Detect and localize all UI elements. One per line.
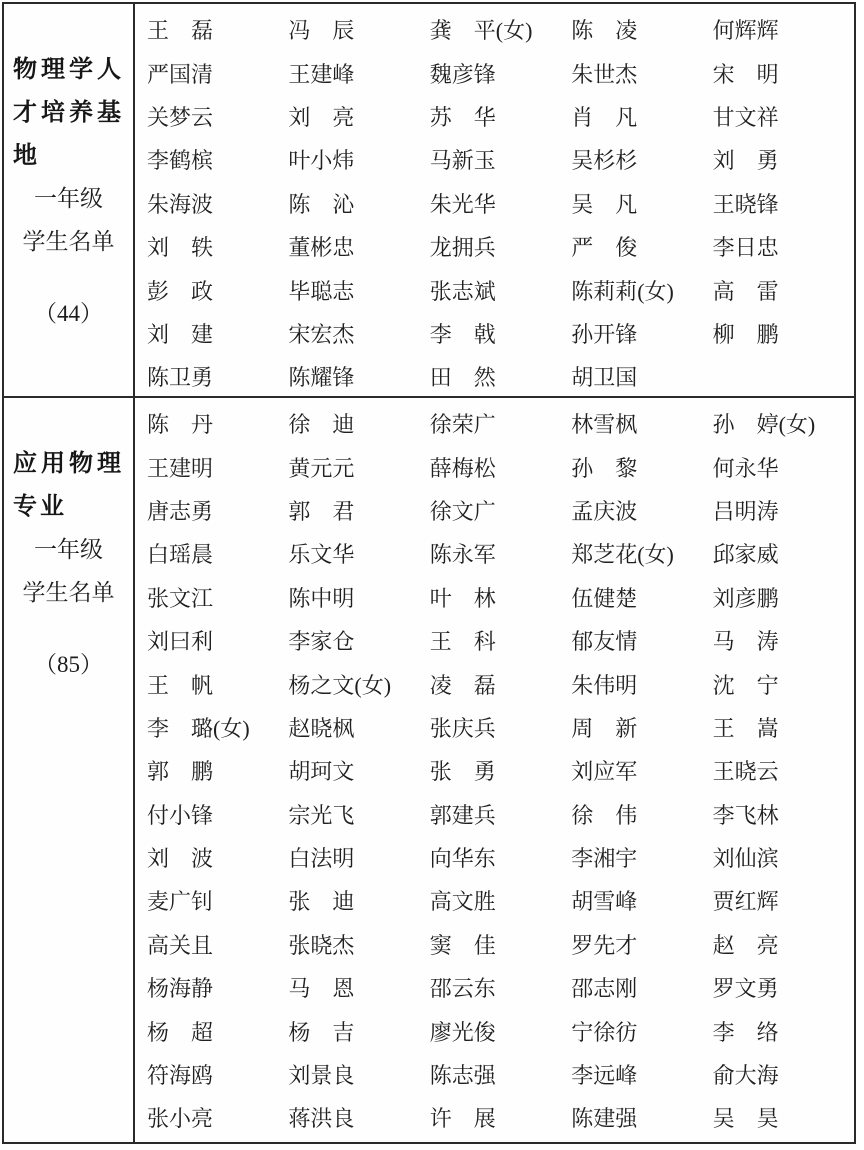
student-name: 宁徐彷 xyxy=(571,1009,712,1052)
student-name: 张志斌 xyxy=(430,268,571,311)
student-name: 吴 昊 xyxy=(713,1096,854,1139)
student-name: 陈 丹 xyxy=(147,402,288,445)
names-grid: 王 磊冯 辰龚 平(女)陈 凌何辉辉严国清王建峰魏彦锋朱世杰宋 明关梦云刘 亮苏… xyxy=(135,4,854,396)
student-name: 董彬忠 xyxy=(288,225,429,268)
student-name: 高关且 xyxy=(147,923,288,966)
section-title: 物理学人才培养基地 xyxy=(13,48,124,177)
student-count: （44） xyxy=(13,299,124,329)
student-name: 徐 迪 xyxy=(288,402,429,445)
student-name: 杨之文(女) xyxy=(288,662,429,705)
student-name: 刘 轶 xyxy=(147,225,288,268)
student-name: 龚 平(女) xyxy=(430,8,571,51)
student-name: 冯 辰 xyxy=(288,8,429,51)
student-name: 胡卫国 xyxy=(571,355,712,396)
student-name: 魏彦锋 xyxy=(430,51,571,94)
student-name: 张晓杰 xyxy=(288,923,429,966)
student-name: 郭建兵 xyxy=(430,793,571,836)
student-name: 高 雷 xyxy=(713,268,854,311)
student-name: 郭 君 xyxy=(288,489,429,532)
student-name: 刘 建 xyxy=(147,312,288,355)
student-name: 陈志强 xyxy=(430,1053,571,1096)
student-name: 杨海静 xyxy=(147,966,288,1009)
student-name: 张小亮 xyxy=(147,1096,288,1139)
student-name: 吴杉杉 xyxy=(571,138,712,181)
student-name: 陈 沁 xyxy=(288,182,429,225)
section-header: 应用物理专业 一年级 学生名单 （85） xyxy=(4,398,135,1142)
student-name: 蒋洪良 xyxy=(288,1096,429,1139)
student-name: 孙 黎 xyxy=(571,445,712,488)
student-name: 邵云东 xyxy=(430,966,571,1009)
student-name: 严 俊 xyxy=(571,225,712,268)
student-name: 龙拥兵 xyxy=(430,225,571,268)
student-name: 刘应军 xyxy=(571,749,712,792)
student-name: 吴 凡 xyxy=(571,182,712,225)
student-name: 王 嵩 xyxy=(713,706,854,749)
student-name: 王 磊 xyxy=(147,8,288,51)
student-name: 刘 波 xyxy=(147,836,288,879)
student-name: 吕明涛 xyxy=(713,489,854,532)
student-count: （85） xyxy=(13,650,124,680)
student-name: 俞大海 xyxy=(713,1053,854,1096)
student-name: 贾红辉 xyxy=(713,879,854,922)
student-name: 徐 伟 xyxy=(571,793,712,836)
grade-label: 一年级 xyxy=(13,177,124,220)
student-name: 王晓锋 xyxy=(713,182,854,225)
student-name: 孟庆波 xyxy=(571,489,712,532)
student-name: 李家仓 xyxy=(288,619,429,662)
roster-section: 物理学人才培养基地 一年级 学生名单 （44） 王 磊冯 辰龚 平(女)陈 凌何… xyxy=(4,4,854,398)
student-name: 张 勇 xyxy=(430,749,571,792)
student-name: 周 新 xyxy=(571,706,712,749)
student-name: 李湘宇 xyxy=(571,836,712,879)
student-name: 刘仙滨 xyxy=(713,836,854,879)
student-name: 王建峰 xyxy=(288,51,429,94)
section-header: 物理学人才培养基地 一年级 学生名单 （44） xyxy=(4,4,135,396)
student-name: 宗光飞 xyxy=(288,793,429,836)
student-name: 廖光俊 xyxy=(430,1009,571,1052)
student-name: 徐文广 xyxy=(430,489,571,532)
student-name: 毕聪志 xyxy=(288,268,429,311)
student-name: 向华东 xyxy=(430,836,571,879)
student-name: 邵志刚 xyxy=(571,966,712,1009)
student-name: 孙 婷(女) xyxy=(713,402,854,445)
student-name: 苏 华 xyxy=(430,95,571,138)
student-name: 朱光华 xyxy=(430,182,571,225)
student-name: 甘文祥 xyxy=(713,95,854,138)
student-name: 符海鸥 xyxy=(147,1053,288,1096)
student-name: 杨 吉 xyxy=(288,1009,429,1052)
student-name: 乐文华 xyxy=(288,532,429,575)
student-name: 刘 亮 xyxy=(288,95,429,138)
student-name: 白瑶晨 xyxy=(147,532,288,575)
student-name: 肖 凡 xyxy=(571,95,712,138)
student-name: 胡珂文 xyxy=(288,749,429,792)
student-name: 郁友情 xyxy=(571,619,712,662)
student-name: 陈 凌 xyxy=(571,8,712,51)
student-name: 赵晓枫 xyxy=(288,706,429,749)
student-name: 陈永军 xyxy=(430,532,571,575)
student-name: 李 络 xyxy=(713,1009,854,1052)
student-name: 罗先才 xyxy=(571,923,712,966)
student-name: 凌 磊 xyxy=(430,662,571,705)
names-grid: 陈 丹徐 迪徐荣广林雪枫孙 婷(女)王建明黄元元薛梅松孙 黎何永华唐志勇郭 君徐… xyxy=(135,398,854,1142)
student-name: 窦 佳 xyxy=(430,923,571,966)
student-name: 伍健楚 xyxy=(571,576,712,619)
list-label: 学生名单 xyxy=(13,220,124,263)
student-name: 马 涛 xyxy=(713,619,854,662)
student-name: 李日忠 xyxy=(713,225,854,268)
student-name: 麦广钊 xyxy=(147,879,288,922)
student-name: 何永华 xyxy=(713,445,854,488)
student-name: 马 恩 xyxy=(288,966,429,1009)
student-name: 王 帆 xyxy=(147,662,288,705)
student-name: 朱世杰 xyxy=(571,51,712,94)
student-name: 刘景良 xyxy=(288,1053,429,1096)
student-name: 白法明 xyxy=(288,836,429,879)
student-name: 刘 勇 xyxy=(713,138,854,181)
student-name: 陈耀锋 xyxy=(288,355,429,396)
student-name: 宋宏杰 xyxy=(288,312,429,355)
student-name: 邱家威 xyxy=(713,532,854,575)
student-name: 赵 亮 xyxy=(713,923,854,966)
student-name: 郭 鹏 xyxy=(147,749,288,792)
student-name: 张文江 xyxy=(147,576,288,619)
student-name: 田 然 xyxy=(430,355,571,396)
student-name: 关梦云 xyxy=(147,95,288,138)
student-name: 李远峰 xyxy=(571,1053,712,1096)
roster-table: 物理学人才培养基地 一年级 学生名单 （44） 王 磊冯 辰龚 平(女)陈 凌何… xyxy=(2,2,856,1144)
student-name: 李飞林 xyxy=(713,793,854,836)
roster-section: 应用物理专业 一年级 学生名单 （85） 陈 丹徐 迪徐荣广林雪枫孙 婷(女)王… xyxy=(4,398,854,1142)
student-name: 彭 政 xyxy=(147,268,288,311)
student-name: 宋 明 xyxy=(713,51,854,94)
student-name: 严国清 xyxy=(147,51,288,94)
student-name: 沈 宁 xyxy=(713,662,854,705)
student-name: 付小锋 xyxy=(147,793,288,836)
student-name: 张 迪 xyxy=(288,879,429,922)
student-name: 陈建强 xyxy=(571,1096,712,1139)
student-name: 李鹤槟 xyxy=(147,138,288,181)
student-name: 林雪枫 xyxy=(571,402,712,445)
student-name: 马新玉 xyxy=(430,138,571,181)
student-name: 张庆兵 xyxy=(430,706,571,749)
section-title: 应用物理专业 xyxy=(13,442,124,528)
student-name: 徐荣广 xyxy=(430,402,571,445)
student-name: 刘彦鹏 xyxy=(713,576,854,619)
student-name: 杨 超 xyxy=(147,1009,288,1052)
student-name: 陈中明 xyxy=(288,576,429,619)
student-name: 王 科 xyxy=(430,619,571,662)
student-name: 孙开锋 xyxy=(571,312,712,355)
student-name: 刘曰利 xyxy=(147,619,288,662)
student-name: 叶小炜 xyxy=(288,138,429,181)
student-name: 李 璐(女) xyxy=(147,706,288,749)
student-name: 柳 鹏 xyxy=(713,312,854,355)
student-name: 薛梅松 xyxy=(430,445,571,488)
student-name: 许 展 xyxy=(430,1096,571,1139)
student-name: 朱伟明 xyxy=(571,662,712,705)
student-name: 王晓云 xyxy=(713,749,854,792)
student-name: 陈卫勇 xyxy=(147,355,288,396)
student-name: 罗文勇 xyxy=(713,966,854,1009)
student-name: 陈莉莉(女) xyxy=(571,268,712,311)
student-name: 黄元元 xyxy=(288,445,429,488)
student-name: 朱海波 xyxy=(147,182,288,225)
student-name: 王建明 xyxy=(147,445,288,488)
list-label: 学生名单 xyxy=(13,571,124,614)
student-name: 叶 林 xyxy=(430,576,571,619)
student-name: 高文胜 xyxy=(430,879,571,922)
grade-label: 一年级 xyxy=(13,528,124,571)
student-name: 郑芝花(女) xyxy=(571,532,712,575)
student-name: 胡雪峰 xyxy=(571,879,712,922)
student-name: 唐志勇 xyxy=(147,489,288,532)
student-name: 李 戟 xyxy=(430,312,571,355)
student-name: 何辉辉 xyxy=(713,8,854,51)
